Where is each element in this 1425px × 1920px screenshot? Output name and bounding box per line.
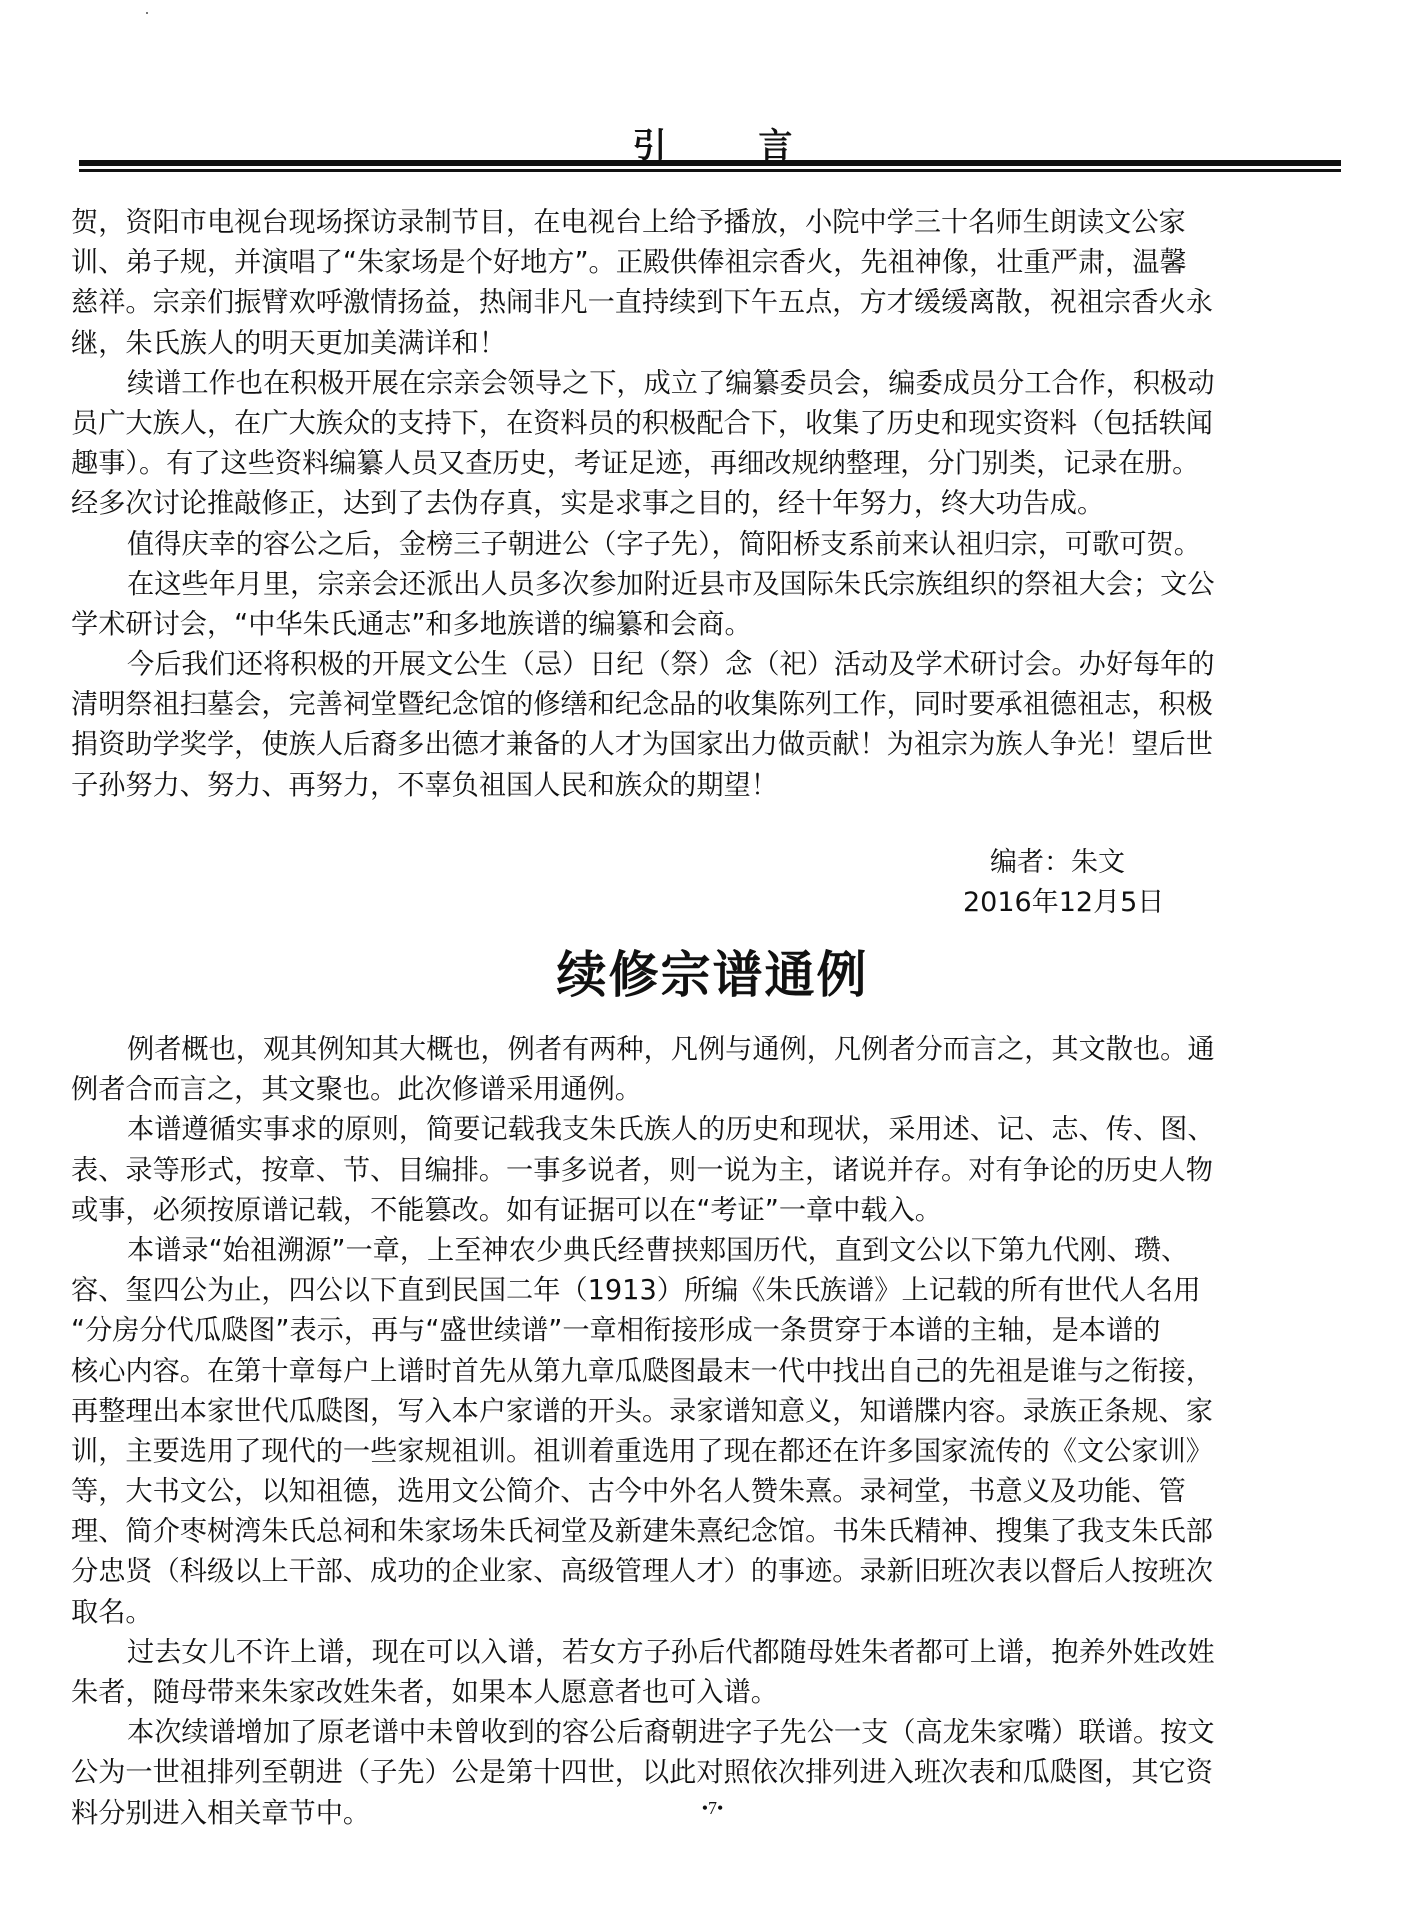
text-line: 捐资助学奖学，使族人后裔多出德才兼备的人才为国家出力做贡献！为祖宗为族人争光！望…	[71, 725, 1271, 765]
text-line: 训，主要选用了现代的一些家规祖训。祖训着重选用了现在都还在许多国家流传的《文公家…	[71, 1432, 1271, 1472]
text-line: 值得庆幸的容公之后，金榜三子朝进公（字子先），简阳桥支系前来认祖归宗，可歌可贺。	[71, 525, 1271, 565]
text-line: 慈祥。宗亲们振臂欢呼激情扬益，热闹非凡一直持续到下午五点，方才缓缓离散，祝祖宗香…	[71, 283, 1271, 323]
signature-date: 2016年12月5日	[963, 883, 1164, 923]
text-line: 在这些年月里，宗亲会还派出人员多次参加附近县市及国际朱氏宗族组织的祭祖大会；文公	[71, 565, 1271, 605]
text-line: 清明祭祖扫墓会，完善祠堂暨纪念馆的修缮和纪念品的收集陈列工作，同时要承祖德祖志，…	[71, 685, 1271, 725]
text-line: 容、玺四公为止，四公以下直到民国二年（1913）所编《朱氏族谱》上记载的所有世代…	[71, 1271, 1271, 1311]
text-line: 员广大族人，在广大族众的支持下，在资料员的积极配合下，收集了历史和现实资料（包括…	[71, 404, 1271, 444]
editor-signature: 编者：朱文	[990, 843, 1125, 883]
scan-speck	[146, 12, 148, 14]
text-line: 子孙努力、努力、再努力，不辜负祖国人民和族众的期望！	[71, 766, 1271, 806]
text-line: 例者概也，观其例知其大概也，例者有两种，凡例与通例，凡例者分而言之，其文散也。通	[71, 1030, 1271, 1070]
text-line: 趣事）。有了这些资料编纂人员又查历史，考证足迹，再细改规纳整理，分门别类，记录在…	[71, 444, 1271, 484]
text-line: 或事，必须按原谱记载，不能篡改。如有证据可以在“考证”一章中载入。	[71, 1191, 1271, 1231]
text-line: “分房分代瓜瓞图”表示，再与“盛世续谱”一章相衔接形成一条贯穿于本谱的主轴，是本…	[71, 1311, 1271, 1351]
intro-text-block: 贺，资阳市电视台现场探访录制节目，在电视台上给予播放，小院中学三十名师生朗读文公…	[71, 203, 1271, 806]
page-number: •7•	[0, 1798, 1425, 1819]
text-line: 贺，资阳市电视台现场探访录制节目，在电视台上给予播放，小院中学三十名师生朗读文公…	[71, 203, 1271, 243]
text-line: 学术研讨会，“中华朱氏通志”和多地族谱的编纂和会商。	[71, 605, 1271, 645]
text-line: 再整理出本家世代瓜瓞图，写入本户家谱的开头。录家谱知意义，知谱牒内容。录族正条规…	[71, 1392, 1271, 1432]
text-line: 本次续谱增加了原老谱中未曾收到的容公后裔朝进字子先公一支（高龙朱家嘴）联谱。按文	[71, 1713, 1271, 1753]
text-line: 取名。	[71, 1593, 1271, 1633]
text-line: 理、简介枣树湾朱氏总祠和朱家场朱氏祠堂及新建朱熹纪念馆。书朱氏精神、搜集了我支朱…	[71, 1512, 1271, 1552]
text-line: 本谱录“始祖溯源”一章，上至神农少典氏经曹挟郏国历代，直到文公以下第九代刚、瓒、	[71, 1231, 1271, 1271]
text-line: 核心内容。在第十章每户上谱时首先从第九章瓜瓞图最末一代中找出自己的先祖是谁与之衔…	[71, 1352, 1271, 1392]
text-line: 公为一世祖排列至朝进（子先）公是第十四世，以此对照依次排列进入班次表和瓜瓞图，其…	[71, 1753, 1271, 1793]
section-title: 续修宗谱通例	[0, 935, 1425, 1007]
header-rule-thick	[79, 160, 1341, 166]
text-line: 继，朱氏族人的明天更加美满详和！	[71, 324, 1271, 364]
text-line: 过去女儿不许上谱，现在可以入谱，若女方子孙后代都随母姓朱者都可上谱，抱养外姓改姓	[71, 1633, 1271, 1673]
section-text-block: 例者概也，观其例知其大概也，例者有两种，凡例与通例，凡例者分而言之，其文散也。通…	[71, 1030, 1271, 1834]
text-line: 续谱工作也在积极开展在宗亲会领导之下，成立了编纂委员会，编委成员分工合作，积极动	[71, 364, 1271, 404]
header-rule-thin	[79, 169, 1341, 172]
text-line: 今后我们还将积极的开展文公生（忌）日纪（祭）念（祀）活动及学术研讨会。办好每年的	[71, 645, 1271, 685]
text-line: 表、录等形式，按章、节、目编排。一事多说者，则一说为主，诸说并存。对有争论的历史…	[71, 1151, 1271, 1191]
text-line: 经多次讨论推敲修正，达到了去伪存真，实是求事之目的，经十年努力，终大功告成。	[71, 484, 1271, 524]
text-line: 训、弟子规，并演唱了“朱家场是个好地方”。正殿供俸祖宗香火，先祖神像，壮重严肃，…	[71, 243, 1271, 283]
text-line: 等，大书文公，以知祖德，选用文公简介、古今中外名人赞朱熹。录祠堂，书意义及功能、…	[71, 1472, 1271, 1512]
text-line: 分忠贤（科级以上干部、成功的企业家、高级管理人才）的事迹。录新旧班次表以督后人按…	[71, 1552, 1271, 1592]
text-line: 本谱遵循实事求的原则，简要记载我支朱氏族人的历史和现状，采用述、记、志、传、图、	[71, 1110, 1271, 1150]
text-line: 朱者，随母带来朱家改姓朱者，如果本人愿意者也可入谱。	[71, 1673, 1271, 1713]
text-line: 例者合而言之，其文聚也。此次修谱采用通例。	[71, 1070, 1271, 1110]
